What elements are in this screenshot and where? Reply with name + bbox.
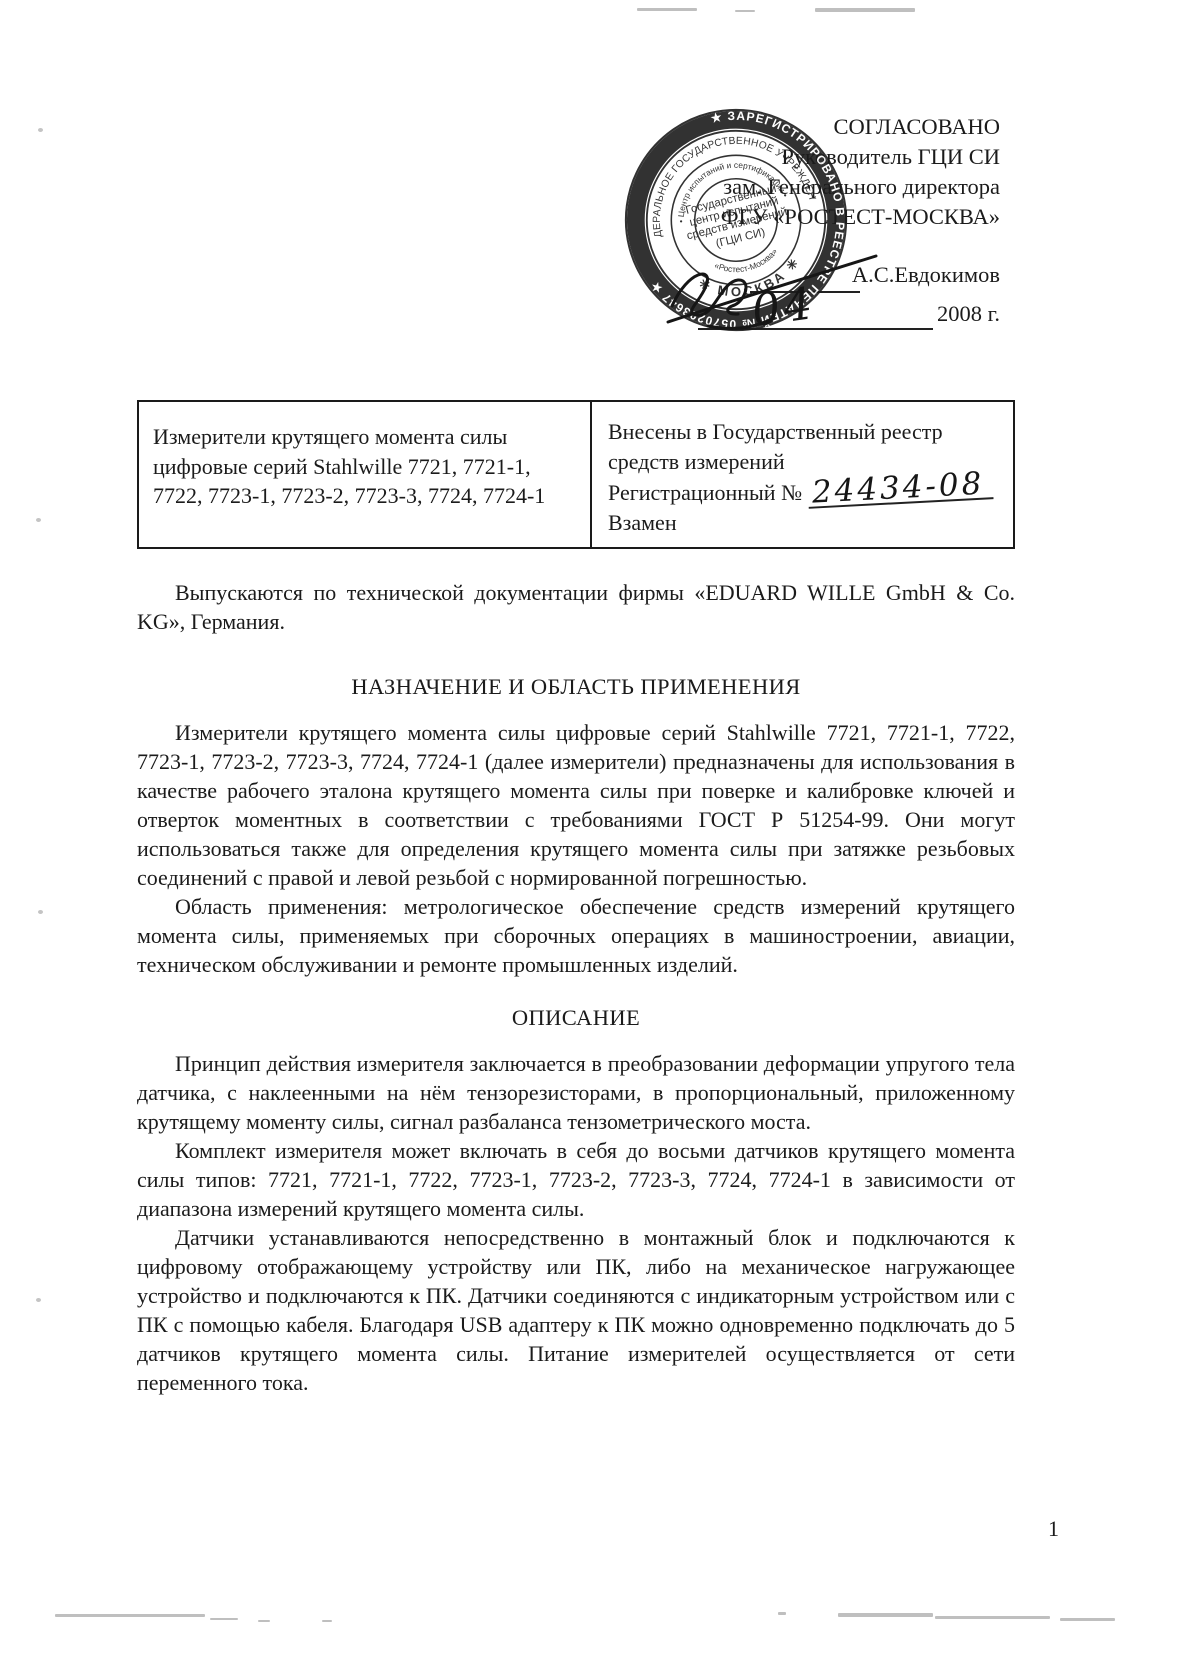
instrument-name-cell: Измерители крутящего момента силы цифров… — [139, 402, 592, 547]
scan-artifact — [210, 1618, 238, 1620]
paragraph: Датчики устанавливаются непосредственно … — [137, 1223, 1015, 1397]
approval-year: 2008 г. — [937, 301, 1000, 327]
scan-artifact — [36, 1298, 41, 1302]
scan-artifact — [735, 10, 755, 12]
section-heading-description: ОПИСАНИЕ — [137, 1005, 1015, 1031]
page-number: 1 — [1048, 1516, 1059, 1542]
scan-artifact — [38, 910, 43, 914]
registry-info-table: Измерители крутящего момента силы цифров… — [137, 400, 1015, 549]
scan-artifact — [815, 8, 915, 12]
registry-entry-cell: Внесены в Государственный реестр средств… — [592, 402, 1013, 547]
registration-number-line: Регистрационный № 24434-08 — [608, 477, 1003, 508]
document-page: СОГЛАСОВАНО Руководитель ГЦИ СИ зам. Ген… — [0, 0, 1197, 1666]
paragraph: Измерители крутящего момента силы цифров… — [137, 718, 1015, 892]
scan-artifact — [778, 1612, 786, 1615]
scan-artifact — [55, 1614, 205, 1617]
paragraph: Комплект измерителя может включать в себ… — [137, 1136, 1015, 1223]
scan-artifact — [36, 518, 41, 522]
document-body: Выпускаются по технической документации … — [137, 560, 1015, 1397]
intro-paragraph: Выпускаются по технической документации … — [137, 578, 1015, 636]
scan-artifact — [637, 8, 697, 11]
scan-artifact — [838, 1613, 933, 1617]
registry-line1: Внесены в Государственный реестр — [608, 417, 1003, 447]
scan-artifact — [935, 1616, 1050, 1619]
scan-artifact — [322, 1620, 332, 1622]
scan-artifact — [258, 1620, 270, 1622]
signature-ink — [662, 242, 892, 337]
paragraph: Область применения: метрологическое обес… — [137, 892, 1015, 979]
paragraph: Принцип действия измерителя заключается … — [137, 1049, 1015, 1136]
scan-artifact — [38, 128, 43, 132]
handwritten-registration-number: 24434-08 — [807, 470, 993, 509]
section-heading-purpose: НАЗНАЧЕНИЕ И ОБЛАСТЬ ПРИМЕНЕНИЯ — [137, 674, 1015, 700]
scan-artifact — [1060, 1618, 1115, 1621]
registration-label: Регистрационный № — [608, 480, 802, 505]
replaces-label: Взамен — [608, 508, 1003, 538]
